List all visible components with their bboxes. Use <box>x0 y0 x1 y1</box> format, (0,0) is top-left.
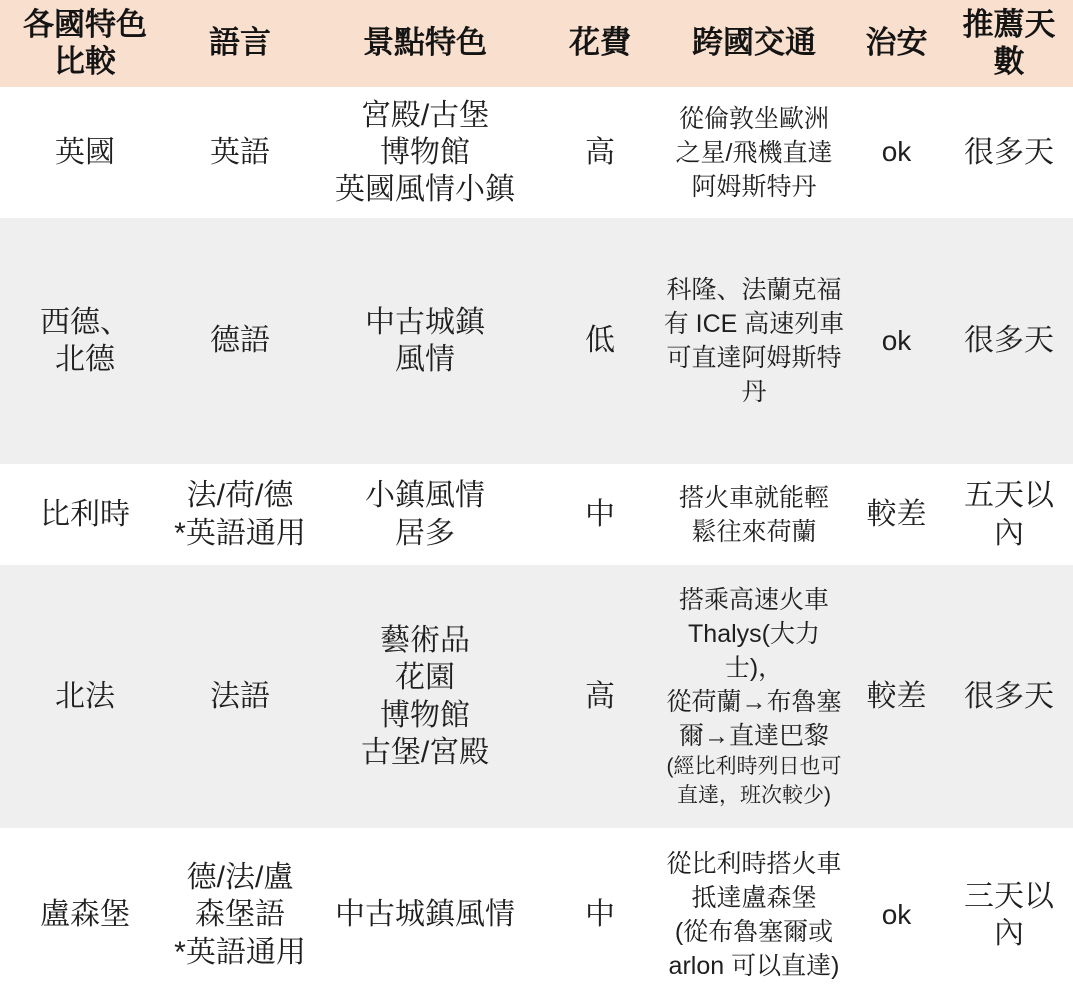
cell-attractions: 小鎮風情 居多 <box>310 464 540 565</box>
cell-transport: 科隆、法蘭克福 有 ICE 高速列車 可直達阿姆斯特 丹 <box>660 218 848 464</box>
cell-language: 德/法/盧 森堡語 *英語通用 <box>170 828 310 1002</box>
table-row: 西德、 北德 德語 中古城鎮 風情 低 科隆、法蘭克福 有 ICE 高速列車 可… <box>0 218 1073 464</box>
cell-country: 英國 <box>0 87 170 218</box>
cell-days: 很多天 <box>945 565 1073 828</box>
cell-days: 很多天 <box>945 87 1073 218</box>
col-header-days: 推薦天 數 <box>945 0 1073 87</box>
cell-days: 五天以 內 <box>945 464 1073 565</box>
comparison-table-page: 各國特色 比較 語言 景點特色 花費 跨國交通 治安 推薦天 數 英國 英語 宮… <box>0 0 1073 1002</box>
cell-transport: 搭火車就能輕 鬆往來荷蘭 <box>660 464 848 565</box>
cell-attractions: 中古城鎮風情 <box>310 828 540 1002</box>
transport-text: 搭乘高速火車 Thalys(大力士)， 從荷蘭→布魯塞 爾→直達巴黎 <box>660 583 848 753</box>
cell-cost: 高 <box>540 565 660 828</box>
cell-cost: 低 <box>540 218 660 464</box>
col-header-safety: 治安 <box>848 0 945 87</box>
cell-transport: 搭乘高速火車 Thalys(大力士)， 從荷蘭→布魯塞 爾→直達巴黎 (經比利時… <box>660 565 848 828</box>
cell-country: 比利時 <box>0 464 170 565</box>
cell-safety: 較差 <box>848 565 945 828</box>
transport-text: 搭火車就能輕 鬆往來荷蘭 <box>679 481 829 549</box>
col-header-country: 各國特色 比較 <box>0 0 170 87</box>
table-row: 英國 英語 宮殿/古堡 博物館 英國風情小鎮 高 從倫敦坐歐洲 之星/飛機直達 … <box>0 87 1073 218</box>
table-header-row: 各國特色 比較 語言 景點特色 花費 跨國交通 治安 推薦天 數 <box>0 0 1073 87</box>
cell-safety: 較差 <box>848 464 945 565</box>
cell-country: 北法 <box>0 565 170 828</box>
cell-attractions: 藝術品 花園 博物館 古堡/宮殿 <box>310 565 540 828</box>
cell-safety: ok <box>848 218 945 464</box>
col-header-attractions: 景點特色 <box>310 0 540 87</box>
table-row: 盧森堡 德/法/盧 森堡語 *英語通用 中古城鎮風情 中 從比利時搭火車 抵達盧… <box>0 828 1073 1002</box>
transport-text: 從比利時搭火車 抵達盧森堡 (從布魯塞爾或 arlon 可以直達) <box>666 847 841 983</box>
cell-transport: 從比利時搭火車 抵達盧森堡 (從布魯塞爾或 arlon 可以直達) <box>660 828 848 1002</box>
table-row: 比利時 法/荷/德 *英語通用 小鎮風情 居多 中 搭火車就能輕 鬆往來荷蘭 較… <box>0 464 1073 565</box>
col-header-language: 語言 <box>170 0 310 87</box>
transport-text: 從倫敦坐歐洲 之星/飛機直達 阿姆斯特丹 <box>676 102 833 204</box>
transport-text: 科隆、法蘭克福 有 ICE 高速列車 可直達阿姆斯特 丹 <box>664 273 845 409</box>
cell-country: 盧森堡 <box>0 828 170 1002</box>
cell-language: 法語 <box>170 565 310 828</box>
cell-cost: 高 <box>540 87 660 218</box>
cell-attractions: 中古城鎮 風情 <box>310 218 540 464</box>
cell-safety: ok <box>848 828 945 1002</box>
cell-language: 法/荷/德 *英語通用 <box>170 464 310 565</box>
cell-country: 西德、 北德 <box>0 218 170 464</box>
cell-cost: 中 <box>540 828 660 1002</box>
col-header-cost: 花費 <box>540 0 660 87</box>
cell-transport: 從倫敦坐歐洲 之星/飛機直達 阿姆斯特丹 <box>660 87 848 218</box>
cell-attractions: 宮殿/古堡 博物館 英國風情小鎮 <box>310 87 540 218</box>
cell-days: 三天以 內 <box>945 828 1073 1002</box>
cell-cost: 中 <box>540 464 660 565</box>
cell-language: 英語 <box>170 87 310 218</box>
table-row: 北法 法語 藝術品 花園 博物館 古堡/宮殿 高 搭乘高速火車 Thalys(大… <box>0 565 1073 828</box>
col-header-transport: 跨國交通 <box>660 0 848 87</box>
cell-language: 德語 <box>170 218 310 464</box>
cell-safety: ok <box>848 87 945 218</box>
transport-note: (經比利時列日也可 直達，班次較少) <box>667 753 842 810</box>
cell-days: 很多天 <box>945 218 1073 464</box>
